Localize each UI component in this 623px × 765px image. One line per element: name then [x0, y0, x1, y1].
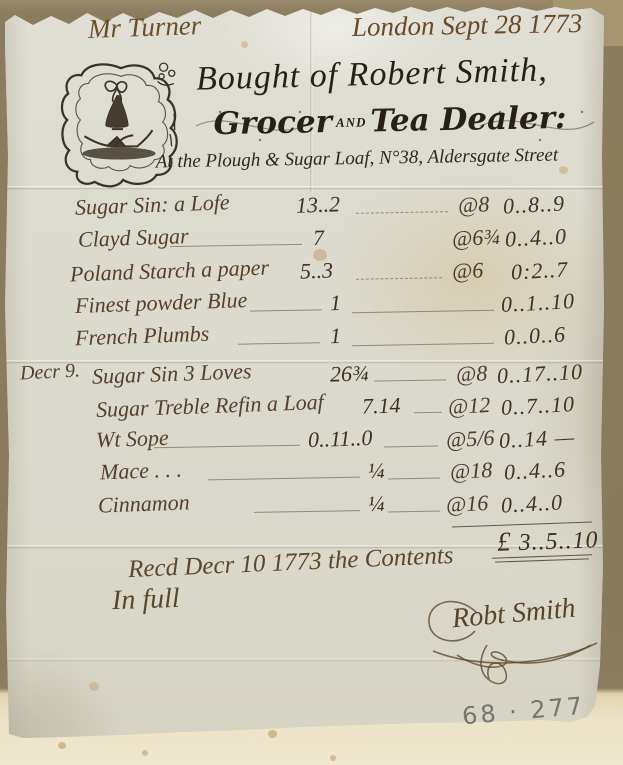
item-amount: 0..14 —: [498, 424, 575, 454]
table-row: French Plumbs 1 0..0..6: [0, 323, 623, 355]
in-full-line: In full: [111, 583, 180, 617]
item-quantity: 0..11..0: [308, 425, 373, 453]
customer-name: Mr Turner: [87, 10, 201, 45]
leader-line: [388, 511, 440, 513]
item-description: Sugar Sin: a Lofe: [75, 189, 230, 220]
item-rate: @12: [447, 392, 491, 420]
currency-symbol: £: [496, 526, 512, 556]
item-amount: 0..7..10: [500, 391, 575, 421]
item-description: Wt Sope: [96, 425, 170, 454]
total-rule-below-second: [495, 558, 589, 562]
item-rate: @6¾: [451, 224, 500, 252]
item-quantity: 1: [330, 323, 342, 349]
item-quantity: 7: [313, 225, 325, 251]
item-description: Sugar Treble Refin a Loaf: [96, 389, 325, 423]
item-description: Finest powder Blue: [75, 287, 248, 319]
item-rate: @16: [445, 490, 489, 518]
leader-line: [208, 477, 360, 481]
table-row: Poland Starch a paper 5..3 @6 0:2..7: [0, 258, 623, 290]
item-amount: 0..4..0: [504, 223, 567, 252]
place-and-date: London Sept 28 1773: [352, 8, 583, 43]
item-description: Clayd Sugar: [78, 223, 189, 253]
item-rate: @8: [457, 191, 490, 219]
billhead-title: Bought of Robert Smith,: [196, 51, 549, 98]
item-rate: @6: [451, 257, 484, 285]
leader-line: [388, 478, 440, 480]
item-amount: 0..4..0: [500, 489, 563, 518]
item-amount: 0..1..10: [500, 288, 575, 318]
item-amount: 0..8..9: [502, 190, 565, 219]
item-amount: 0..17..10: [496, 359, 583, 389]
item-quantity: 1: [330, 290, 342, 316]
trade-line: Grocer AND Tea Dealer:: [195, 100, 586, 143]
trade-tea-dealer: Tea Dealer:: [370, 100, 567, 139]
item-description: Sugar Sin 3 Loves: [92, 358, 252, 390]
grand-total: £ 3..5..10: [496, 523, 599, 558]
item-description: Mace . . .: [100, 457, 183, 486]
table-row: Cinnamon ¼ @16 0..4..0: [0, 491, 623, 523]
item-rate: @18: [449, 457, 493, 485]
leader-line: [254, 510, 360, 513]
leader-line: [356, 211, 448, 214]
item-amount: 0..0..6: [503, 321, 566, 350]
trade-grocer: Grocer: [213, 104, 332, 142]
item-amount: 0:2..7: [510, 257, 569, 286]
table-row: Mace . . . ¼ @18 0..4..6: [0, 458, 623, 490]
table-row: Decr 9. Sugar Sin 3 Loves 26¾ @8 0..17..…: [0, 361, 623, 393]
leader-line: [384, 446, 438, 448]
table-row: Finest powder Blue 1 0..1..10: [0, 290, 623, 322]
item-quantity: 13..2: [296, 191, 341, 219]
leader-line: [374, 379, 446, 381]
item-quantity: 7.14: [362, 392, 401, 419]
leader-line: [250, 309, 322, 311]
item-quantity: 5..3: [300, 257, 334, 284]
trade-and: AND: [336, 114, 367, 130]
item-quantity: ¼: [368, 458, 385, 485]
leader-line: [352, 310, 494, 313]
table-row: Clayd Sugar 7 @6¾ 0..4..0: [0, 225, 623, 257]
item-rate: @5/6: [445, 425, 495, 453]
item-description: Poland Starch a paper: [70, 255, 270, 288]
item-quantity: 26¾: [330, 360, 369, 387]
leader-line: [238, 342, 320, 344]
item-date: Decr 9.: [19, 359, 80, 385]
table-row: Sugar Treble Refin a Loaf 7.14 @12 0..7.…: [0, 393, 623, 425]
item-amount: 0..4..6: [503, 456, 566, 485]
item-rate: @8: [455, 360, 488, 388]
total-amount: 3..5..10: [518, 527, 599, 556]
item-description: Cinnamon: [98, 489, 191, 518]
table-row: Sugar Sin: a Lofe 13..2 @8 0..8..9: [0, 192, 623, 224]
receipt-photograph: Mr Turner London Sept 28 1773: [0, 0, 623, 765]
leader-line: [356, 277, 442, 280]
received-line: Recd Decr 10 1773 the Contents: [128, 542, 455, 584]
item-quantity: ¼: [368, 491, 385, 518]
leader-line: [352, 343, 494, 346]
leader-line: [154, 445, 300, 449]
catalog-number: 68 · 277: [461, 692, 586, 731]
leader-line: [170, 244, 302, 247]
table-row: Wt Sope 0..11..0 @5/6 0..14 —: [0, 426, 623, 458]
item-description: French Plumbs: [75, 321, 210, 352]
leader-line: [414, 412, 442, 413]
